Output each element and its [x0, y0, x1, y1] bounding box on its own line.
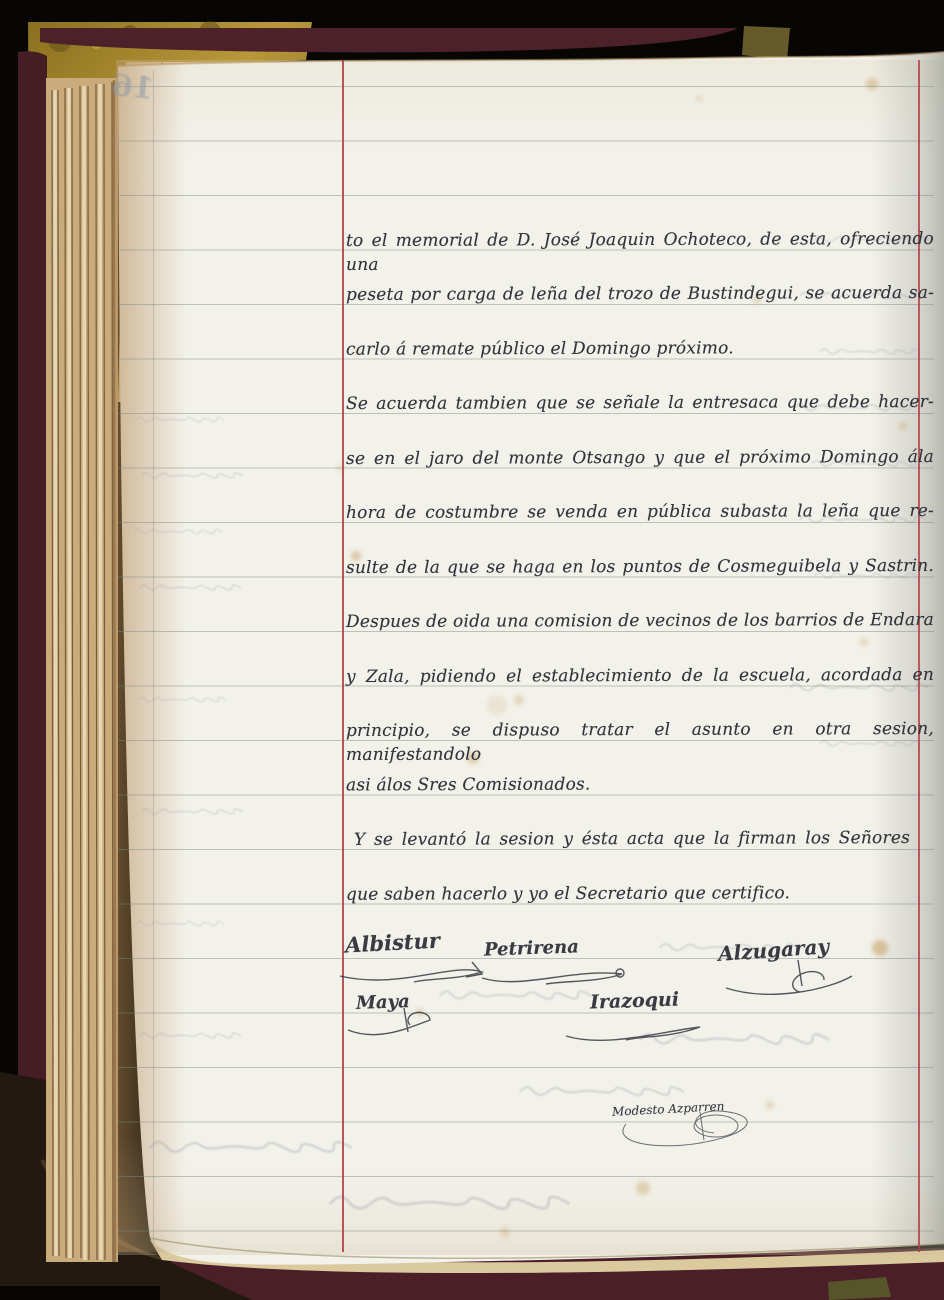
- manuscript-line: carlo á remate público el Domingo próxim…: [346, 336, 734, 361]
- manuscript-line: Se acuerda tambien que se señale la entr…: [346, 390, 934, 416]
- signature-irazoqui: Irazoqui: [590, 988, 680, 1013]
- signature-secretary: Modesto Azparren: [612, 1099, 725, 1119]
- manuscript-line: sulte de la que se haga en los puntos de…: [346, 554, 934, 580]
- signature-albistur: Albistur: [344, 928, 440, 958]
- manuscript-line: principio, se dispuso tratar el asunto e…: [346, 717, 934, 767]
- manuscript-line: to el memorial de D. José Joaquin Ochote…: [346, 227, 934, 277]
- manuscript-line: Despues de oida una comision de vecinos …: [346, 608, 934, 634]
- manuscript-text-block: to el memorial de D. José Joaquin Ochote…: [0, 0, 944, 1300]
- manuscript-line: que saben hacerlo y yo el Secretario que…: [346, 881, 790, 907]
- manuscript-line: asi álos Sres Comisionados.: [346, 773, 591, 798]
- signature-maya: Maya: [356, 991, 410, 1014]
- signature-alzugaray: Alzugaray: [717, 934, 829, 966]
- signature-petrirena: Petrirena: [484, 936, 580, 960]
- bound-minute-book-scan: 16 to el memorial de D. José Joaquin Och…: [0, 0, 944, 1300]
- manuscript-line: y Zala, pidiendo el establecimiento de l…: [346, 663, 934, 689]
- manuscript-line: Y se levantó la sesion y ésta acta que l…: [354, 826, 910, 852]
- manuscript-line: se en el jaro del monte Otsango y que el…: [346, 445, 934, 471]
- manuscript-line: peseta por carga de leña del trozo de Bu…: [346, 281, 934, 307]
- manuscript-line: hora de costumbre se venda en pública su…: [346, 499, 934, 525]
